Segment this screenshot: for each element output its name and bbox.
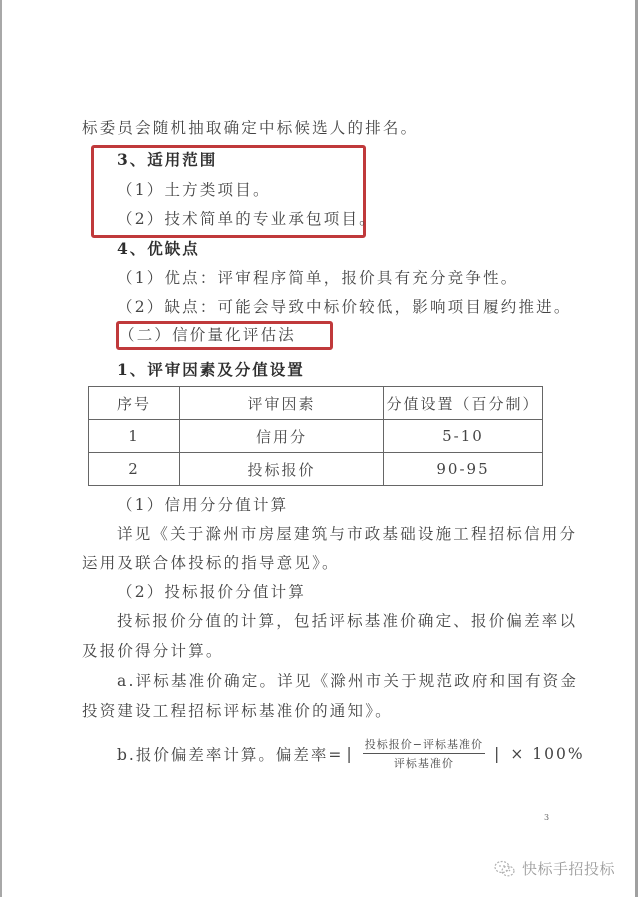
- table-cell: 投标报价: [180, 453, 384, 486]
- scope-item-2: （2）技术简单的专业承包项目。: [117, 209, 377, 229]
- table-header: 序号: [89, 387, 180, 420]
- pros-cons-heading: 4、优缺点: [117, 239, 200, 259]
- bid-calc-heading: （2）投标报价分值计算: [117, 582, 306, 602]
- formula-numerator: 投标报价−评标基准价: [363, 736, 485, 754]
- table-row: 2 投标报价 90-95: [89, 453, 543, 486]
- intro-text: 标委员会随机抽取确定中标候选人的排名。: [82, 118, 418, 138]
- credit-calc-heading: （1）信用分分值计算: [117, 495, 288, 515]
- credit-ref-line-2: 运用及联合体投标的指导意见》。: [82, 553, 340, 573]
- credit-ref-line-1: 详见《关于滁州市房屋建筑与市政基础设施工程招标信用分: [117, 524, 577, 544]
- base-price-line-2: 投资建设工程招标评标基准价的通知》。: [82, 701, 393, 721]
- base-price-line-1: a.评标基准价确定。详见《滁州市关于规范政府和国有资金: [117, 671, 578, 691]
- formula-denominator: 评标基准价: [394, 754, 454, 771]
- table-cell: 信用分: [180, 420, 384, 453]
- table-cell: 2: [89, 453, 180, 486]
- abs-open: |: [346, 744, 353, 763]
- scope-item-1: （1）土方类项目。: [117, 180, 271, 200]
- table-row: 1 信用分 5-10: [89, 420, 543, 453]
- table-header-row: 序号 评审因素 分值设置（百分制）: [89, 387, 543, 420]
- table-header: 分值设置（百分制）: [384, 387, 543, 420]
- bid-calc-line-2: 及报价得分计算。: [82, 641, 224, 661]
- abs-close: |: [494, 744, 501, 763]
- factors-heading: 1、评审因素及分值设置: [117, 360, 305, 380]
- table-cell: 90-95: [384, 453, 543, 486]
- bid-calc-line-1: 投标报价分值的计算，包括评标基准价确定、报价偏差率以: [117, 611, 577, 631]
- scoring-table: 序号 评审因素 分值设置（百分制） 1 信用分 5-10 2 投标报价 90-9…: [88, 386, 543, 486]
- formula-label: b.报价偏差率计算。偏差率=: [117, 743, 343, 765]
- wechat-icon: [494, 860, 516, 878]
- table-cell: 1: [89, 420, 180, 453]
- deviation-formula: b.报价偏差率计算。偏差率= | 投标报价−评标基准价 评标基准价 | × 10…: [117, 736, 585, 771]
- watermark-text: 快标手招投标: [522, 858, 615, 879]
- table-header: 评审因素: [180, 387, 384, 420]
- page-number: 3: [544, 813, 549, 822]
- watermark: 快标手招投标: [494, 858, 615, 879]
- cons-text: （2）缺点：可能会导致中标价较低，影响项目履约推进。: [117, 297, 572, 317]
- formula-fraction: 投标报价−评标基准价 评标基准价: [363, 736, 485, 771]
- scope-heading: 3、适用范围: [117, 150, 217, 170]
- method-heading: （二）信价量化评估法: [119, 325, 296, 345]
- formula-multiplier: × 100%: [510, 745, 584, 763]
- table-cell: 5-10: [384, 420, 543, 453]
- page-edge-left: [0, 0, 2, 897]
- pros-text: （1）优点：评审程序简单，报价具有充分竞争性。: [117, 268, 518, 288]
